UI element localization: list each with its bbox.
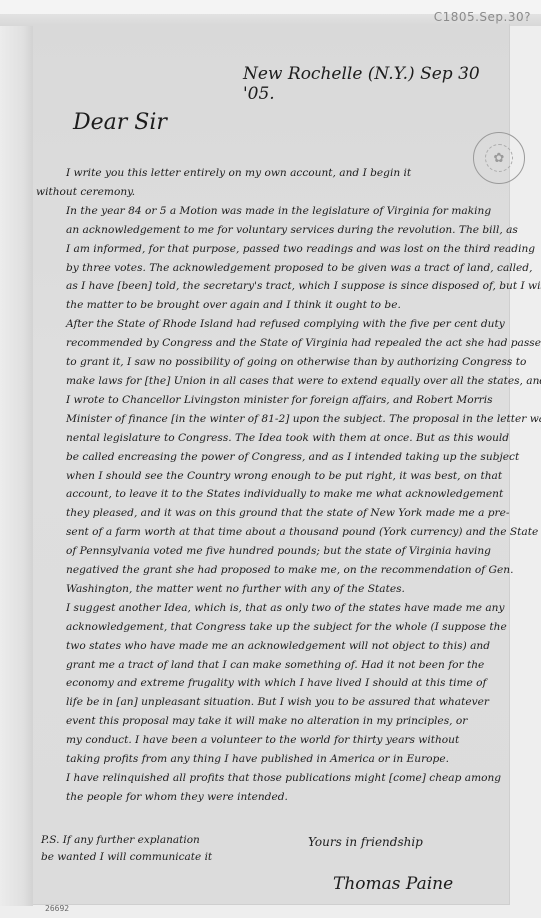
text-line: I write you this letter entirely on my o… bbox=[36, 164, 506, 183]
text-line: to grant it, I saw no possibility of goi… bbox=[36, 353, 506, 372]
letter-page: New Rochelle (N.Y.) Sep 30 '05. Dear Sir… bbox=[33, 24, 510, 905]
text-line: taking profits from any thing I have pub… bbox=[36, 750, 506, 769]
text-line: I suggest another Idea, which is, that a… bbox=[36, 599, 506, 618]
text-line: when I should see the Country wrong enou… bbox=[36, 467, 506, 486]
paragraph: In the year 84 or 5 a Motion was made in… bbox=[36, 202, 506, 315]
text-line: the matter to be brought over again and … bbox=[36, 296, 506, 315]
signature: Thomas Paine bbox=[333, 874, 453, 894]
text-line: event this proposal may take it will mak… bbox=[36, 712, 506, 731]
paragraph: I write you this letter entirely on my o… bbox=[36, 164, 506, 202]
text-line: acknowledgement, that Congress take up t… bbox=[36, 618, 506, 637]
scan-left-strip bbox=[0, 26, 33, 906]
text-line: After the State of Rhode Island had refu… bbox=[36, 315, 506, 334]
text-line: be called encreasing the power of Congre… bbox=[36, 448, 506, 467]
text-line: negatived the grant she had proposed to … bbox=[36, 561, 506, 580]
text-line: In the year 84 or 5 a Motion was made in… bbox=[36, 202, 506, 221]
text-line: economy and extreme frugality with which… bbox=[36, 674, 506, 693]
text-line: account, to leave it to the States indiv… bbox=[36, 485, 506, 504]
postscript: P.S. If any further explanation be wante… bbox=[41, 832, 241, 866]
text-line: an acknowledgement to me for voluntary s… bbox=[36, 221, 506, 240]
postscript-line: P.S. If any further explanation bbox=[41, 832, 241, 849]
text-line: Minister of finance [in the winter of 81… bbox=[36, 410, 506, 429]
text-line: nental legislature to Congress. The Idea… bbox=[36, 429, 506, 448]
text-line: make laws for [the] Union in all cases t… bbox=[36, 372, 506, 391]
archive-reference: C1805.Sep.30? bbox=[434, 10, 531, 24]
catalog-number: 26692 bbox=[45, 904, 69, 913]
text-line: life be in [an] unpleasant situation. Bu… bbox=[36, 693, 506, 712]
text-line: of Pennsylvania voted me five hundred po… bbox=[36, 542, 506, 561]
text-line: grant me a tract of land that I can make… bbox=[36, 656, 506, 675]
letter-body: I write you this letter entirely on my o… bbox=[36, 164, 506, 807]
text-line: my conduct. I have been a volunteer to t… bbox=[36, 731, 506, 750]
postscript-text: If any further explanation bbox=[63, 834, 200, 846]
text-line: Washington, the matter went no further w… bbox=[36, 580, 506, 599]
text-line: as I have [been] told, the secretary's t… bbox=[36, 277, 506, 296]
text-line: I wrote to Chancellor Livingston ministe… bbox=[36, 391, 506, 410]
salutation: Dear Sir bbox=[73, 110, 167, 135]
dateline: New Rochelle (N.Y.) Sep 30 '05. bbox=[243, 64, 509, 104]
text-line: I am informed, for that purpose, passed … bbox=[36, 240, 506, 259]
text-line: recommended by Congress and the State of… bbox=[36, 334, 506, 353]
text-line: they pleased, and it was on this ground … bbox=[36, 504, 506, 523]
text-line: by three votes. The acknowledgement prop… bbox=[36, 259, 506, 278]
paragraph: I suggest another Idea, which is, that a… bbox=[36, 599, 506, 807]
text-line: the people for whom they were intended. bbox=[36, 788, 506, 807]
paragraph: After the State of Rhode Island had refu… bbox=[36, 315, 506, 599]
text-line: sent of a farm worth at that time about … bbox=[36, 523, 506, 542]
postscript-label: P.S. bbox=[41, 834, 59, 846]
postscript-line: be wanted I will communicate it bbox=[41, 849, 241, 866]
text-line: I have relinquished all profits that tho… bbox=[36, 769, 506, 788]
closing: Yours in friendship bbox=[308, 835, 423, 849]
text-line: two states who have made me an acknowled… bbox=[36, 637, 506, 656]
text-line: without ceremony. bbox=[36, 183, 506, 202]
